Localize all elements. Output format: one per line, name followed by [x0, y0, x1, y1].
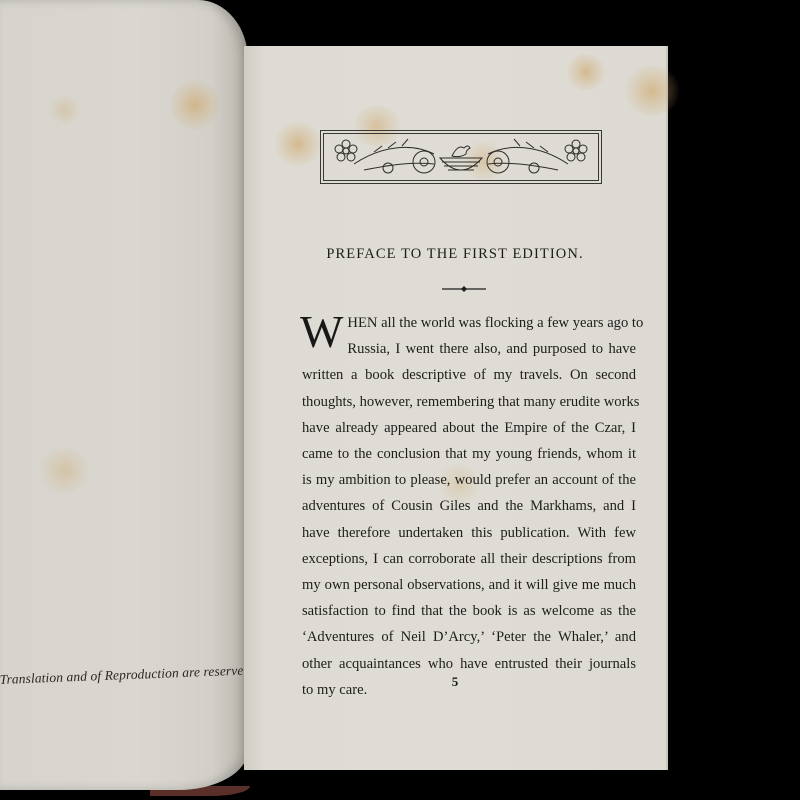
foxing-stain [40, 448, 90, 493]
right-page: PREFACE TO THE FIRST EDITION. W HEN all … [244, 46, 666, 770]
foxing-stain [274, 122, 322, 166]
text-line: have therefore undertaken this publicati… [302, 520, 636, 546]
preface-body: W HEN all the world was flocking a few y… [302, 310, 636, 703]
text-line: satisfaction to find that the book is as… [302, 598, 636, 624]
text-line: my own personal observations, and it wil… [302, 572, 636, 598]
page-title: PREFACE TO THE FIRST EDITION. [244, 246, 666, 263]
page-number: 5 [244, 674, 666, 690]
text-line: written a book descriptive of my travels… [302, 362, 636, 388]
text-line: have already appeared about the Empire o… [302, 415, 636, 441]
text-line: exceptions, I can corroborate all their … [302, 546, 636, 572]
text-line: Russia, I went there also, and purposed … [302, 336, 636, 362]
foxing-stain [566, 54, 606, 90]
text-line: ‘Adventures of Neil D’Arcy,’ ‘Peter the … [302, 624, 636, 650]
text-line: thoughts, however, remembering that many… [302, 389, 636, 415]
text-line: came to the conclusion that my young fri… [302, 441, 636, 467]
bird-nest-ornament-icon [320, 130, 602, 184]
text-line: other acquaintances who have entrusted t… [302, 651, 636, 677]
diamond-rule-divider-icon [442, 286, 486, 292]
foxing-stain [624, 66, 680, 116]
text-line: HEN all the world was flocking a few yea… [302, 310, 636, 336]
text-line: is my ambition to please, would prefer a… [302, 467, 636, 493]
text-line: adventures of Cousin Giles and the Markh… [302, 493, 636, 519]
foxing-stain [170, 80, 220, 130]
copyright-notice: Translation and of Reproduction are rese… [0, 662, 260, 688]
drop-cap: W [300, 312, 343, 352]
left-page: Translation and of Reproduction are rese… [0, 0, 248, 790]
foxing-stain [50, 95, 80, 125]
